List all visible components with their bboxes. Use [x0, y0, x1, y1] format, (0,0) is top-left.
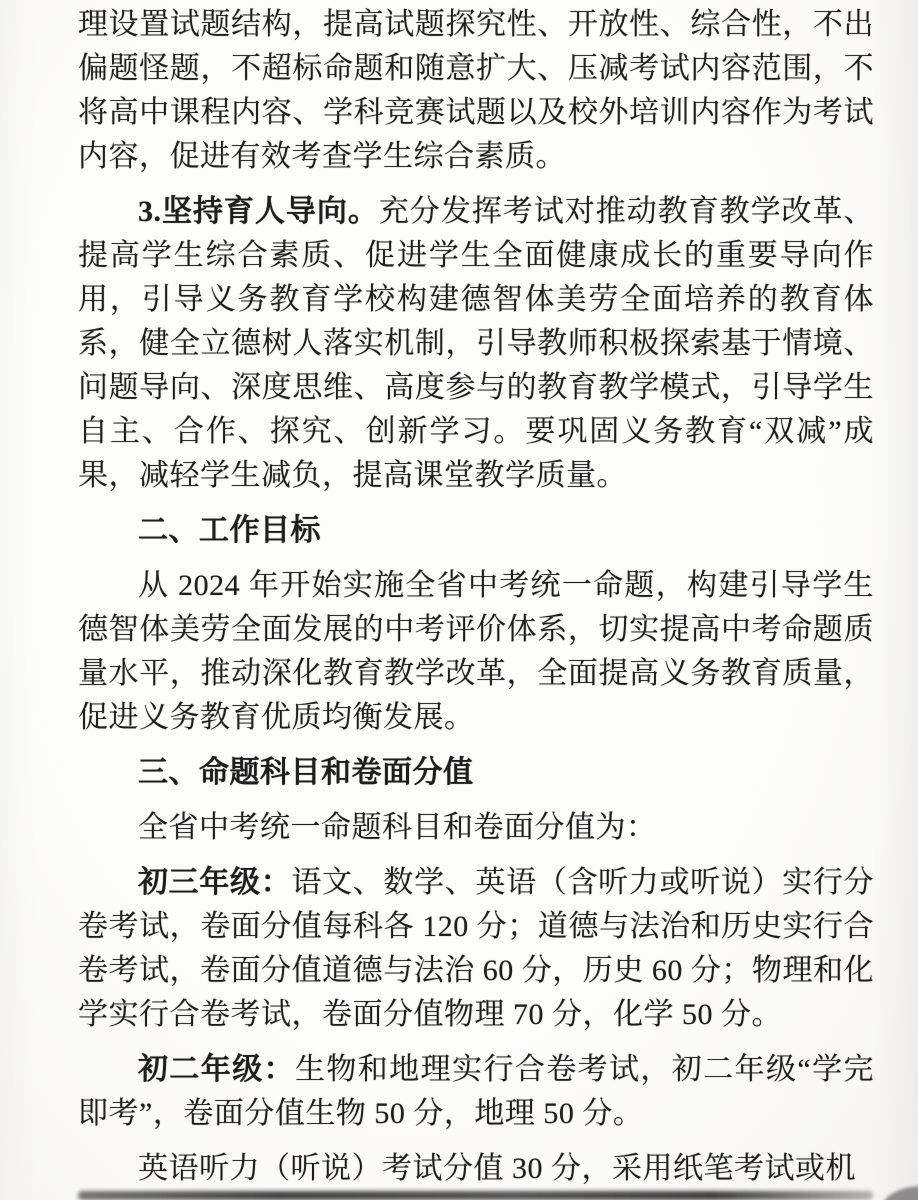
scanned-document-page: 理设置试题结构，提高试题探究性、开放性、综合性，不出偏题怪题，不超标命题和随意扩…: [0, 0, 918, 1200]
paragraph-text: 充分发挥考试对推动教育教学改革、提高学生综合素质、促进学生全面健康成长的重要导向…: [78, 195, 874, 492]
section-heading-subjects-and-scores: 三、命题科目和卷面分值: [78, 751, 874, 795]
paragraph-continuation-exam-content: 理设置试题结构，提高试题探究性、开放性、综合性，不出偏题怪题，不超标命题和随意扩…: [78, 3, 874, 179]
paragraph-item-3-education-orientation: 3.坚持育人导向。充分发挥考试对推动教育教学改革、提高学生综合素质、促进学生全面…: [78, 190, 874, 498]
section-heading-text: 三、命题科目和卷面分值: [138, 756, 474, 789]
paragraph-subjects-intro: 全省中考统一命题科目和卷面分值为：: [78, 806, 874, 850]
paragraph-grade-9-subjects: 初三年级：语文、数学、英语（含听力或听说）实行分卷考试，卷面分值每科各 120 …: [78, 861, 874, 1037]
paragraph-text: 英语听力（听说）考试分值 30 分，采用纸笔考试或机: [138, 1152, 856, 1185]
photo-corner-shadow: [882, 1186, 918, 1200]
section-heading-work-goals: 二、工作目标: [78, 509, 874, 553]
paragraph-text: 全省中考统一命题科目和卷面分值为：: [138, 811, 657, 844]
paragraph-work-goals-body: 从 2024 年开始实施全省中考统一命题，构建引导学生德智体美劳全面发展的中考评…: [78, 564, 874, 740]
clipped-next-line-smudge: [78, 1191, 873, 1200]
paragraph-grade-8-subjects: 初二年级：生物和地理实行合卷考试，初二年级“学完即考”，卷面分值生物 50 分，…: [78, 1048, 874, 1136]
grade-8-bold-label: 初二年级：: [138, 1053, 295, 1086]
paragraph-text: 理设置试题结构，提高试题探究性、开放性、综合性，不出偏题怪题，不超标命题和随意扩…: [78, 8, 874, 173]
document-text-block: 理设置试题结构，提高试题探究性、开放性、综合性，不出偏题怪题，不超标命题和随意扩…: [78, 3, 874, 1200]
paragraph-english-listening-cutoff: 英语听力（听说）考试分值 30 分，采用纸笔考试或机: [78, 1147, 874, 1191]
grade-9-bold-label: 初三年级：: [138, 866, 291, 899]
item-3-bold-heading: 3.坚持育人导向。: [138, 195, 379, 228]
section-heading-text: 二、工作目标: [138, 514, 321, 547]
paragraph-text: 从 2024 年开始实施全省中考统一命题，构建引导学生德智体美劳全面发展的中考评…: [78, 569, 874, 734]
